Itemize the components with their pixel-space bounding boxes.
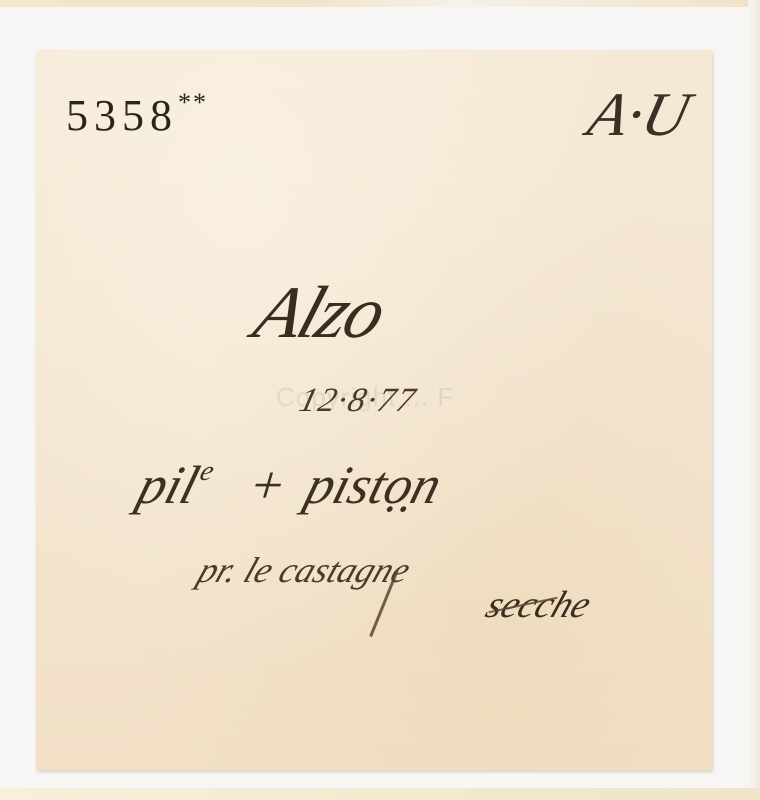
note-line-2: pr. le castagne: [193, 552, 415, 588]
note-line-1: pile+pistọ̣n: [132, 458, 447, 512]
mount-bottom-strip: [0, 788, 760, 800]
collection-date: 12·8·77: [296, 384, 420, 418]
catalog-number-value: 5358: [66, 91, 178, 140]
catalog-number: 5358**: [66, 94, 208, 138]
catalog-stars: **: [178, 88, 208, 117]
note-line-3: secche: [481, 586, 596, 624]
mount-top-strip: [0, 0, 760, 7]
mount-right-edge: [748, 0, 760, 800]
place-name: Alzo: [246, 276, 394, 350]
note-word-piston: pistọ̣n: [299, 455, 448, 515]
note-plus-sign: +: [241, 455, 295, 515]
collector-initials: A·U: [582, 84, 696, 146]
